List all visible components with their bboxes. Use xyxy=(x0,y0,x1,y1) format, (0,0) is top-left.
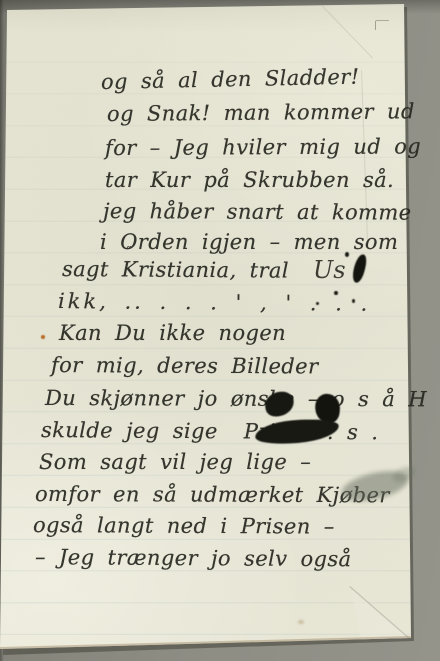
pencil-mark xyxy=(375,20,389,30)
handwriting-line-10: for mig, deres Billeder xyxy=(51,353,319,378)
ink-dot-a xyxy=(345,252,349,257)
ditto-mark: ″ xyxy=(126,243,132,261)
handwriting-line-7: sagt Kristiania, tral xyxy=(62,257,289,283)
ink-blot-comma xyxy=(351,253,368,284)
stain-spot xyxy=(298,620,304,624)
handwriting-line-6: i Orden igjen – men som xyxy=(100,230,398,254)
handwriting-line-3: for – Jeg hviler mig ud og xyxy=(105,134,421,160)
handwriting-line-4: tar Kur på Skrubben så. xyxy=(105,168,394,192)
handwriting-line-13: Som sagt vil jeg lige – xyxy=(39,450,311,474)
us-squiggle: Us xyxy=(313,256,346,284)
handwriting-line-9: Kan Du ikke nogen xyxy=(59,321,286,345)
handwriting-layer: og så al den Sladder!og Snak! man kommer… xyxy=(0,0,440,661)
ink-dot-b xyxy=(334,291,338,295)
handwriting-line-15: også langt ned i Prisen – xyxy=(33,513,335,539)
stray-dot-1 xyxy=(352,299,355,303)
handwriting-line-14: omfor en så udmærket Kjøber xyxy=(35,482,390,507)
handwriting-line-11: Du skjønner jo ønske – o s å H xyxy=(45,386,427,411)
handwriting-line-1: og så al den Sladder! xyxy=(101,65,360,94)
handwriting-line-16: – Jeg trænger jo selv også xyxy=(35,545,352,571)
handwriting-line-8: ikk, .. . . . ' , ' . . . xyxy=(58,289,370,316)
red-dot xyxy=(41,335,45,339)
handwriting-line-5: jeg håber snart at komme xyxy=(103,199,412,225)
letter-photograph: og så al den Sladder!og Snak! man kommer… xyxy=(0,0,440,661)
handwriting-line-2: og Snak! man kommer ud xyxy=(107,99,415,126)
stray-dot-2 xyxy=(316,302,319,305)
